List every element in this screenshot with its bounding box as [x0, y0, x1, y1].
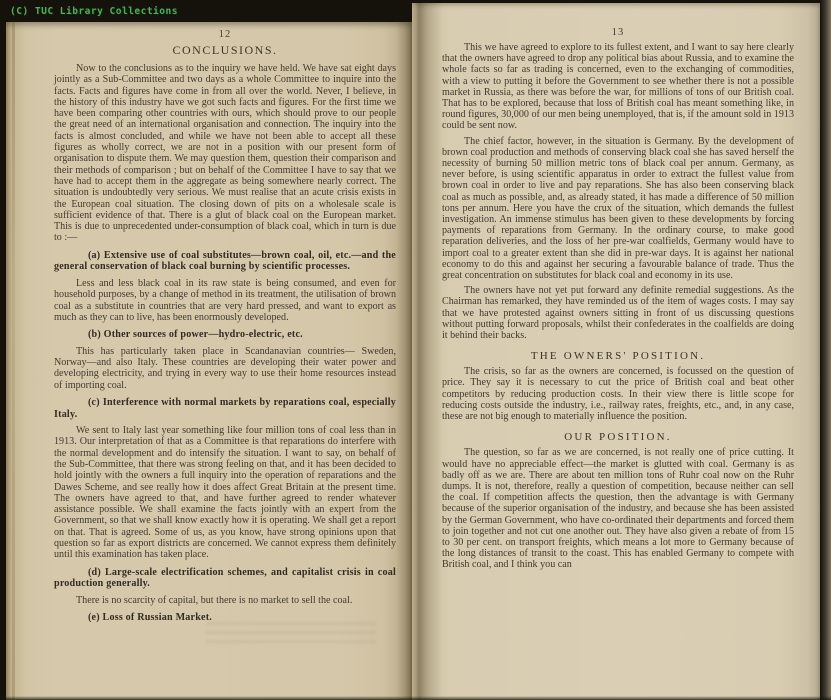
library-watermark: (C) TUC Library Collections — [10, 6, 178, 17]
paragraph-owners-position: The crisis, so far as the owners are con… — [442, 366, 794, 422]
page-13: 13 This we have agreed to explore to its… — [412, 3, 820, 700]
show-through-ghosting — [206, 622, 376, 648]
scan-right-edge — [820, 0, 831, 700]
paragraph-our-position: The question, so far as we are concerned… — [442, 447, 794, 570]
paragraph-conclusions-intro: Now to the conclusions as to the inquiry… — [54, 63, 396, 244]
paragraph-a: Less and less black coal in its raw stat… — [54, 278, 396, 323]
page-number-right: 13 — [442, 27, 794, 38]
subheading-c: (c) Interference with normal markets by … — [54, 397, 396, 420]
paragraph-d: There is no scarcity of capital, but the… — [54, 595, 396, 606]
section-title-owners-position: THE OWNERS' POSITION. — [442, 350, 794, 362]
page-13-content: 13 This we have agreed to explore to its… — [412, 3, 820, 571]
paragraph-germany: The chief factor, however, in the situat… — [442, 136, 794, 282]
paragraph-b: This has particularly taken place in Sca… — [54, 346, 396, 391]
scan-bottom-edge — [0, 696, 831, 700]
subheading-d: (d) Large-scale electrification schemes,… — [54, 567, 396, 590]
subheading-b: (b) Other sources of power—hydro-electri… — [54, 329, 396, 341]
page-12: 12 CONCLUSIONS. Now to the conclusions a… — [6, 22, 412, 700]
page-12-content: 12 CONCLUSIONS. Now to the conclusions a… — [6, 22, 412, 624]
chapter-title: CONCLUSIONS. — [54, 43, 396, 58]
subheading-a: (a) Extensive use of coal substitutes—br… — [54, 250, 396, 273]
paragraph-owners-suggestions: The owners have not yet put forward any … — [442, 285, 794, 341]
section-title-our-position: OUR POSITION. — [442, 431, 794, 443]
book-scan: (C) TUC Library Collections 12 CONCLUSIO… — [0, 0, 831, 700]
page-number-left: 12 — [54, 29, 396, 40]
paragraph-russia: This we have agreed to explore to its fu… — [442, 42, 794, 132]
subheading-e: (e) Loss of Russian Market. — [54, 612, 396, 624]
paragraph-c: We sent to Italy last year something lik… — [54, 425, 396, 561]
